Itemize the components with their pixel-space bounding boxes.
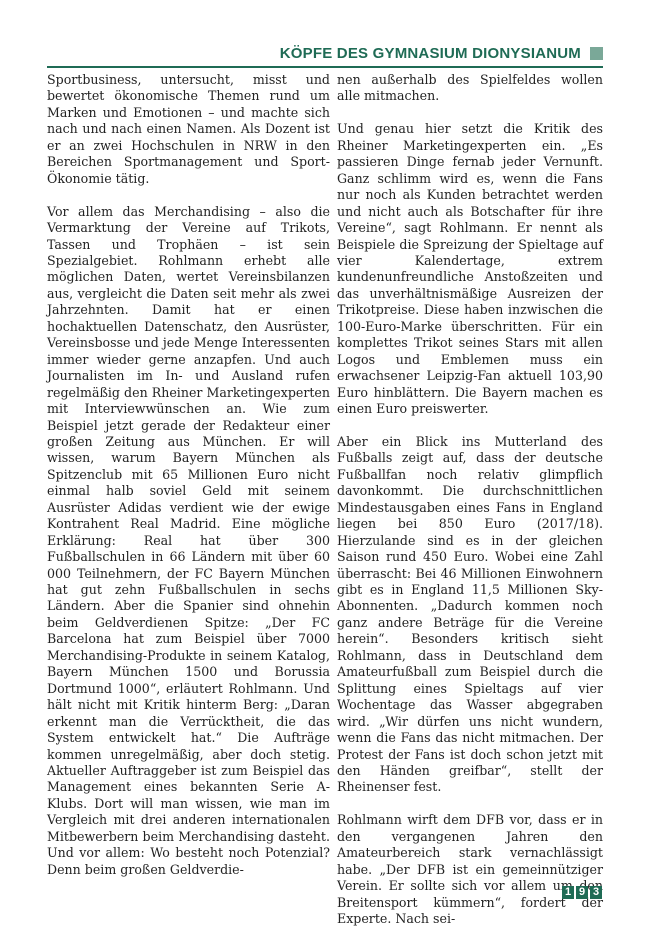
page-digit: 1	[562, 886, 574, 899]
section-title: KÖPFE DES GYMNASIUM DIONYSIANUM	[280, 45, 581, 62]
paragraph: Und genau hier setzt die Kritik des Rhei…	[337, 121, 603, 417]
paragraph: Aber ein Blick ins Mutterland des Fußbal…	[337, 434, 603, 796]
text-column-left: Sportbusiness, untersucht, misst und bew…	[47, 72, 330, 878]
paragraph: Rohlmann wirft dem DFB vor, dass er in d…	[337, 812, 603, 927]
header-square-icon	[590, 47, 603, 60]
text-column-right: nen außerhalb des Spielfeldes wollen all…	[337, 72, 603, 928]
running-header: KÖPFE DES GYMNASIUM DIONYSIANUM	[47, 44, 603, 68]
page-number: 1 9 3	[562, 886, 602, 899]
paragraph: nen außerhalb des Spielfeldes wollen all…	[337, 72, 603, 105]
page-digit: 3	[590, 886, 602, 899]
paragraph: Vor allem das Merchandising – also die V…	[47, 204, 330, 879]
page-digit: 9	[576, 886, 588, 899]
paragraph: Sportbusiness, untersucht, misst und bew…	[47, 72, 330, 187]
